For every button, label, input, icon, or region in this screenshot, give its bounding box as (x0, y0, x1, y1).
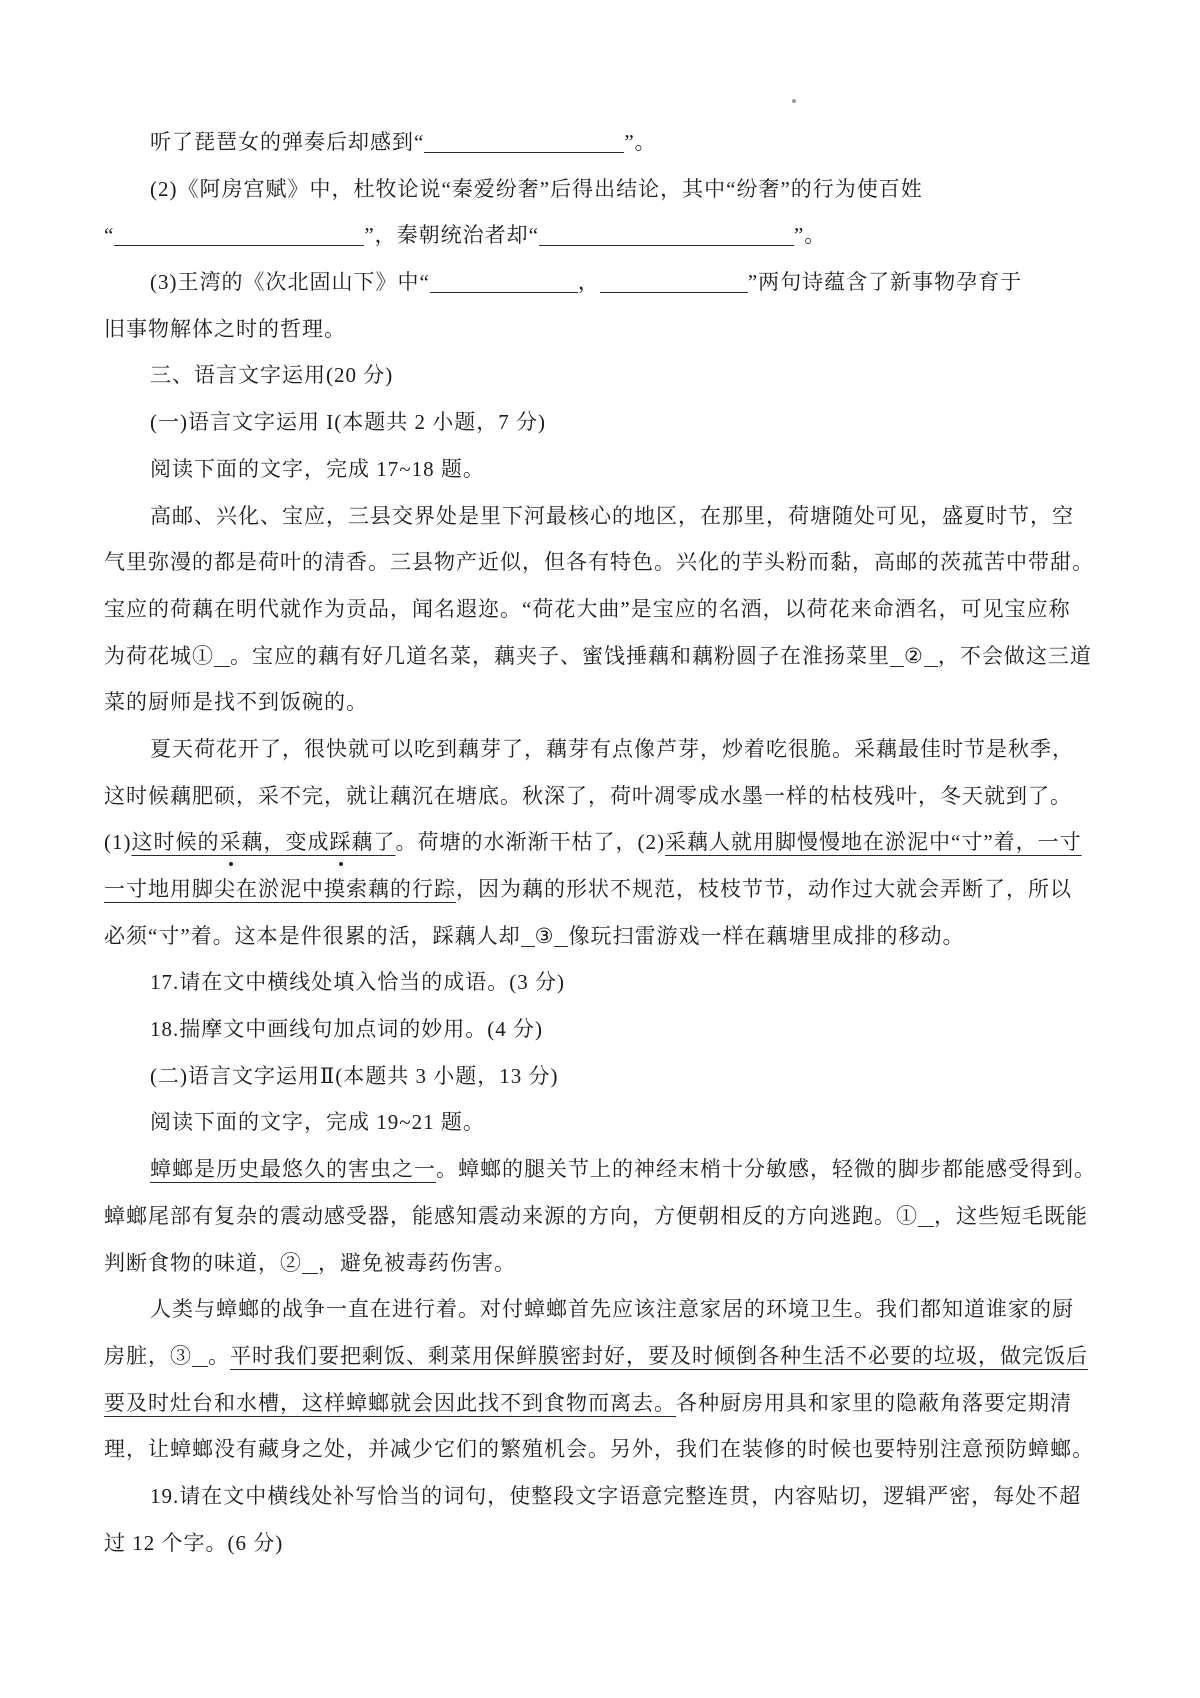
text-segment: (二)语言文字运用Ⅱ(本题共 3 小题，13 分) (150, 1064, 559, 1088)
text-line: (2)《阿房宫赋》中，杜牧论说“秦爱纷奢”后得出结论，其中“纷奢”的行为使百姓 (104, 166, 1106, 213)
underlined-text: 要及时灶台和水槽，这样蟑螂就会因此找不到食物而离去。 (104, 1391, 676, 1415)
underlined-text: 这时候的 (132, 830, 220, 854)
fill-in-blank (424, 138, 624, 153)
document-body: 听了琵琶女的弹奏后却感到“”。(2)《阿房宫赋》中，杜牧论说“秦爱纷奢”后得出结… (104, 119, 1106, 1566)
fill-in-blank (192, 1352, 208, 1367)
text-line: 宝应的荷藕在明代就作为贡品，闻名遐迩。“荷花大曲”是宝应的名酒，以荷花来命酒名，… (104, 586, 1106, 633)
fill-in-blank (890, 652, 904, 667)
text-segment: 房脏，③ (104, 1344, 192, 1368)
text-line: 一寸地用脚尖在淤泥中摸索藕的行踪，因为藕的形状不规范，枝枝节节，动作过大就会弄断… (104, 866, 1106, 913)
text-segment: “ (104, 223, 114, 247)
text-line: 三、语言文字运用(20 分) (104, 352, 1106, 399)
text-segment: (2)《阿房宫赋》中，杜牧论说“秦爱纷奢”后得出结论，其中“纷奢”的行为使百姓 (150, 177, 923, 201)
emphasis-dotted-text: 采 (220, 830, 242, 854)
text-segment: 蟑螂尾部有复杂的震动感受器，能感知震动来源的方向，方便朝相反的方向逃跑。① (104, 1204, 918, 1228)
text-segment: 阅读下面的文字，完成 17~18 题。 (150, 457, 485, 481)
underlined-text: 采藕人就用脚慢慢地在淤泥中“寸”着，一寸 (665, 830, 1082, 854)
text-segment: ③ (535, 924, 555, 948)
text-segment: 过 12 个字。(6 分) (104, 1531, 283, 1555)
text-segment: (一)语言文字运用 I(本题共 2 小题，7 分) (150, 410, 546, 434)
text-segment: 人类与蟑螂的战争一直在进行着。对付蟑螂首先应该注意家居的环境卫生。我们都知道谁家… (150, 1297, 1074, 1321)
text-segment: 。蟑螂的腿关节上的神经末梢十分敏感，轻微的脚步都能感受得到。 (436, 1157, 1096, 1181)
fill-in-blank (600, 278, 748, 293)
text-segment: ② (904, 644, 924, 668)
text-line: 18.揣摩文中画线句加点词的妙用。(4 分) (104, 1006, 1106, 1053)
emphasis-dotted-text: 踩 (330, 830, 352, 854)
text-line: 菜的厨师是找不到饭碗的。 (104, 679, 1106, 726)
text-segment: 。 (208, 1344, 230, 1368)
text-segment: 气里弥漫的都是荷叶的清香。三县物产近似，但各有特色。兴化的芋头粉而黏，高邮的茨菰… (104, 550, 1094, 574)
fill-in-blank (924, 652, 938, 667)
text-line: 旧事物解体之时的哲理。 (104, 306, 1106, 353)
underlined-text: 藕了 (352, 830, 396, 854)
text-line: 气里弥漫的都是荷叶的清香。三县物产近似，但各有特色。兴化的芋头粉而黏，高邮的茨菰… (104, 539, 1106, 586)
text-segment: ”。 (624, 130, 656, 154)
text-line: “”，秦朝统治者却“”。 (104, 212, 1106, 259)
text-line: 阅读下面的文字，完成 19~21 题。 (104, 1099, 1106, 1146)
text-segment: 三、语言文字运用(20 分) (150, 363, 393, 387)
underlined-text: 平时我们要把剩饭、剩菜用保鲜膜密封好，要及时倾倒各种生活不必要的垃圾，做完饭后 (230, 1344, 1088, 1368)
text-segment: 。宝应的藕有好几道名菜，藕夹子、蜜饯捶藕和藕粉圆子在淮扬菜里 (230, 644, 890, 668)
text-line: 蟑螂是历史最悠久的害虫之一。蟑螂的腿关节上的神经末梢十分敏感，轻微的脚步都能感受… (104, 1146, 1106, 1193)
text-line: 听了琵琶女的弹奏后却感到“”。 (104, 119, 1106, 166)
text-segment: 旧事物解体之时的哲理。 (104, 317, 346, 341)
text-line: (二)语言文字运用Ⅱ(本题共 3 小题，13 分) (104, 1053, 1106, 1100)
text-line: (一)语言文字运用 I(本题共 2 小题，7 分) (104, 399, 1106, 446)
text-segment: ，避免被毒药伤害。 (318, 1251, 516, 1275)
text-segment: ”。 (794, 223, 826, 247)
text-segment: ”，秦朝统治者却“ (364, 223, 539, 247)
text-segment: 为荷花城① (104, 644, 214, 668)
text-line: 房脏，③。平时我们要把剩饭、剩菜用保鲜膜密封好，要及时倾倒各种生活不必要的垃圾，… (104, 1333, 1106, 1380)
text-segment: 宝应的荷藕在明代就作为贡品，闻名遐迩。“荷花大曲”是宝应的名酒，以荷花来命酒名，… (104, 597, 1071, 621)
fill-in-blank (554, 932, 568, 947)
fill-in-blank (521, 932, 535, 947)
text-line: 必须“寸”着。这本是件很累的活，踩藕人却③像玩扫雷游戏一样在藕塘里成排的移动。 (104, 913, 1106, 960)
text-segment: 各种厨房用具和家里的隐蔽角落要定期清 (676, 1391, 1072, 1415)
text-segment: 。荷塘的水渐渐干枯了，(2) (396, 830, 666, 854)
text-segment: 这时候藕肥硕，采不完，就让藕沉在塘底。秋深了，荷叶凋零成水墨一样的枯枝残叶，冬天… (104, 784, 1072, 808)
fill-in-blank (430, 278, 578, 293)
text-segment: 听了琵琶女的弹奏后却感到“ (150, 130, 424, 154)
text-segment: ，因为藕的形状不规范，枝枝节节，动作过大就会弄断了，所以 (456, 877, 1072, 901)
text-segment: 像玩扫雷游戏一样在藕塘里成排的移动。 (568, 924, 964, 948)
text-line: 过 12 个字。(6 分) (104, 1520, 1106, 1567)
text-line: 判断食物的味道，②，避免被毒药伤害。 (104, 1240, 1106, 1287)
text-segment: 判断食物的味道，② (104, 1251, 302, 1275)
text-segment: 19.请在文中横线处补写恰当的词句，使整段文字语意完整连贯，内容贴切，逻辑严密，… (150, 1484, 1081, 1508)
text-segment: 菜的厨师是找不到饭碗的。 (104, 690, 368, 714)
text-segment: ，这些短毛既能 (934, 1204, 1088, 1228)
text-line: 17.请在文中横线处填入恰当的成语。(3 分) (104, 959, 1106, 1006)
text-line: 人类与蟑螂的战争一直在进行着。对付蟑螂首先应该注意家居的环境卫生。我们都知道谁家… (104, 1286, 1106, 1333)
text-segment: ”两句诗蕴含了新事物孕育于 (748, 270, 1022, 294)
underlined-text: 藕，变成 (242, 830, 330, 854)
text-line: 夏天荷花开了，很快就可以吃到藕芽了，藕芽有点像芦芽，炒着吃很脆。采藕最佳时节是秋… (104, 726, 1106, 773)
text-line: 这时候藕肥硕，采不完，就让藕沉在塘底。秋深了，荷叶凋零成水墨一样的枯枝残叶，冬天… (104, 773, 1106, 820)
text-line: 为荷花城①。宝应的藕有好几道名菜，藕夹子、蜜饯捶藕和藕粉圆子在淮扬菜里②，不会做… (104, 633, 1106, 680)
text-line: 19.请在文中横线处补写恰当的词句，使整段文字语意完整连贯，内容贴切，逻辑严密，… (104, 1473, 1106, 1520)
fill-in-blank (302, 1259, 318, 1274)
underlined-text: 蟑螂是历史最悠久的害虫之一 (150, 1157, 436, 1181)
text-line: (1)这时候的采藕，变成踩藕了。荷塘的水渐渐干枯了，(2)采藕人就用脚慢慢地在淤… (104, 819, 1106, 866)
text-segment: (3)王湾的《次北固山下》中“ (150, 270, 430, 294)
text-line: 蟑螂尾部有复杂的震动感受器，能感知震动来源的方向，方便朝相反的方向逃跑。①，这些… (104, 1193, 1106, 1240)
text-segment: 必须“寸”着。这本是件很累的活，踩藕人却 (104, 924, 521, 948)
scan-speck (792, 99, 796, 103)
text-line: 理，让蟑螂没有藏身之处，并减少它们的繁殖机会。另外，我们在装修的时候也要特别注意… (104, 1426, 1106, 1473)
fill-in-blank (539, 231, 794, 246)
text-line: 要及时灶台和水槽，这样蟑螂就会因此找不到食物而离去。各种厨房用具和家里的隐蔽角落… (104, 1380, 1106, 1427)
text-segment: ，不会做这三道 (938, 644, 1092, 668)
fill-in-blank (918, 1212, 934, 1227)
text-line: 高邮、兴化、宝应，三县交界处是里下河最核心的地区，在那里，荷塘随处可见，盛夏时节… (104, 493, 1106, 540)
text-segment: 17.请在文中横线处填入恰当的成语。(3 分) (150, 970, 565, 994)
text-segment: 理，让蟑螂没有藏身之处，并减少它们的繁殖机会。另外，我们在装修的时候也要特别注意… (104, 1437, 1094, 1461)
text-segment: ， (578, 270, 600, 294)
fill-in-blank (214, 652, 230, 667)
text-segment: 高邮、兴化、宝应，三县交界处是里下河最核心的地区，在那里，荷塘随处可见，盛夏时节… (150, 504, 1074, 528)
fill-in-blank (114, 231, 364, 246)
text-segment: 夏天荷花开了，很快就可以吃到藕芽了，藕芽有点像芦芽，炒着吃很脆。采藕最佳时节是秋… (150, 737, 1074, 761)
text-segment: (1) (104, 830, 132, 854)
text-segment: 18.揣摩文中画线句加点词的妙用。(4 分) (150, 1017, 543, 1041)
underlined-text: 一寸地用脚尖在淤泥中摸索藕的行踪 (104, 877, 456, 901)
text-line: (3)王湾的《次北固山下》中“，”两句诗蕴含了新事物孕育于 (104, 259, 1106, 306)
text-segment: 阅读下面的文字，完成 19~21 题。 (150, 1110, 485, 1134)
text-line: 阅读下面的文字，完成 17~18 题。 (104, 446, 1106, 493)
